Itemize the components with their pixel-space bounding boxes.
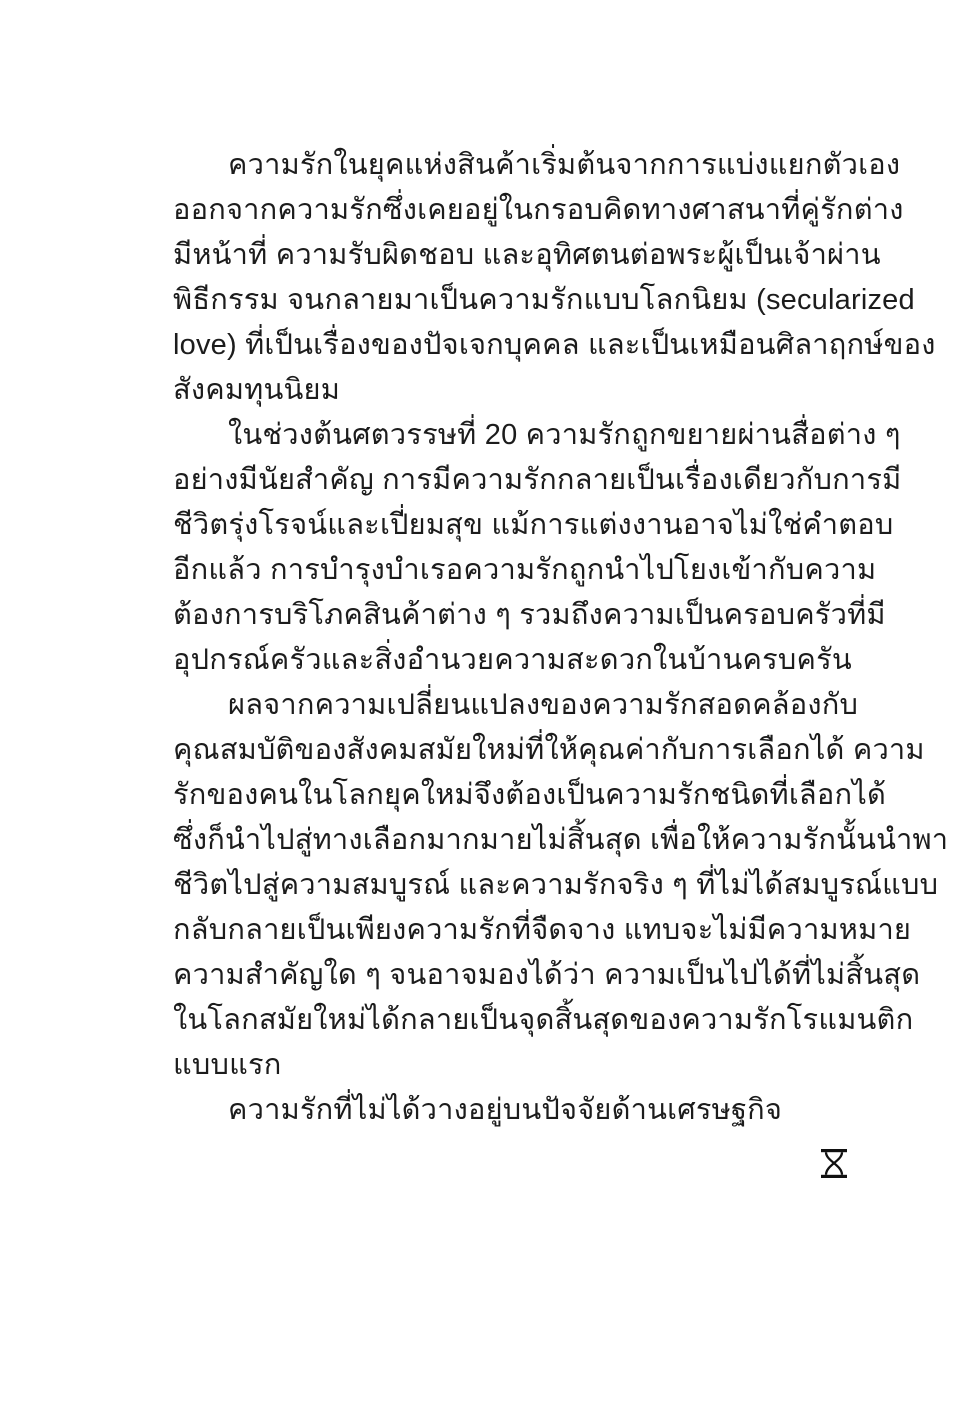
text-line: ในช่วงต้นศตวรรษที่ 20 ความรักถูกขยายผ่าน… <box>173 413 857 458</box>
text-line: ในโลกสมัยใหม่ได้กลายเป็นจุดสิ้นสุดของควา… <box>173 998 857 1043</box>
text-line: รักของคนในโลกยุคใหม่จึงต้องเป็นความรักชน… <box>173 773 857 818</box>
text-line: ความรักที่ไม่ได้วางอยู่บนปัจจัยด้านเศรษฐ… <box>173 1088 857 1133</box>
text-line: ความรักในยุคแห่งสินค้าเริ่มต้นจากการแบ่ง… <box>173 143 857 188</box>
text-line: กลับกลายเป็นเพียงความรักที่จืดจาง แทบจะไ… <box>173 908 857 953</box>
paragraph: ผลจากความเปลี่ยนแปลงของความรักสอดคล้องกั… <box>173 683 857 1088</box>
text-line: ความสำคัญใด ๆ จนอาจมองได้ว่า ความเป็นไปไ… <box>173 953 857 998</box>
text-line: คุณสมบัติของสังคมสมัยใหม่ที่ให้คุณค่ากับ… <box>173 728 857 773</box>
text-line: มีหน้าที่ ความรับผิดชอบ และอุทิศตนต่อพระ… <box>173 233 857 278</box>
paragraph: ความรักในยุคแห่งสินค้าเริ่มต้นจากการแบ่ง… <box>173 143 857 413</box>
text-line: love) ที่เป็นเรื่องของปัจเจกบุคคล และเป็… <box>173 323 857 368</box>
text-line: ซึ่งก็นำไปสู่ทางเลือกมากมายไม่สิ้นสุด เพ… <box>173 818 857 863</box>
text-line: ออกจากความรักซึ่งเคยอยู่ในกรอบคิดทางศาสน… <box>173 188 857 233</box>
text-line: พิธีกรรม จนกลายมาเป็นความรักแบบโลกนิยม (… <box>173 278 857 323</box>
paragraph: ในช่วงต้นศตวรรษที่ 20 ความรักถูกขยายผ่าน… <box>173 413 857 683</box>
book-page: ความรักในยุคแห่งสินค้าเริ่มต้นจากการแบ่ง… <box>0 0 967 1407</box>
text-line: อย่างมีนัยสำคัญ การมีความรักกลายเป็นเรื่… <box>173 458 857 503</box>
text-line: อุปกรณ์ครัวและสิ่งอำนวยความสะดวกในบ้านคร… <box>173 638 857 683</box>
text-line: สังคมทุนนิยม <box>173 368 857 413</box>
text-line: อีกแล้ว การบำรุงบำเรอความรักถูกนำไปโยงเข… <box>173 548 857 593</box>
body-text: ความรักในยุคแห่งสินค้าเริ่มต้นจากการแบ่ง… <box>173 143 857 1133</box>
paragraph: ความรักที่ไม่ได้วางอยู่บนปัจจัยด้านเศรษฐ… <box>173 1088 857 1133</box>
hourglass-icon <box>820 1148 848 1179</box>
text-line: ต้องการบริโภคสินค้าต่าง ๆ รวมถึงความเป็น… <box>173 593 857 638</box>
text-line: ผลจากความเปลี่ยนแปลงของความรักสอดคล้องกั… <box>173 683 857 728</box>
text-line: ชีวิตไปสู่ความสมบูรณ์ และความรักจริง ๆ ท… <box>173 863 857 908</box>
text-line: ชีวิตรุ่งโรจน์และเปี่ยมสุข แม้การแต่งงาน… <box>173 503 857 548</box>
text-line: แบบแรก <box>173 1043 857 1088</box>
